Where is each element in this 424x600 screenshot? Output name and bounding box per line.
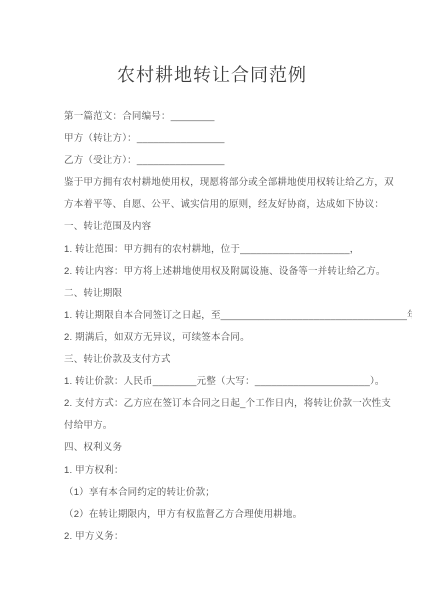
document-line-clause-3-2b: 付给甲方。 (64, 415, 412, 437)
document-line-clause-4-1: 1. 甲方权利： (64, 460, 412, 482)
document-line-clause-3-1: 1. 转让价款：人民币________元整（大写：_______________… (64, 371, 412, 393)
document-line-clause-1-1: 1. 转让范围：甲方拥有的农村耕地，位于____________________… (64, 239, 412, 261)
document-line-party-b: 乙方（受让方）：________________ (64, 150, 412, 172)
document-line-section-1-heading: 一、转让范围及内容 (64, 216, 412, 238)
contract-document-page: 农村耕地转让合同范例 第一篇范文：合同编号：________ 甲方（转让方）：_… (0, 0, 424, 600)
document-line-ref-number: 第一篇范文：合同编号：________ (64, 106, 412, 128)
document-line-section-3-heading: 三、转让价款及支付方式 (64, 349, 412, 371)
document-line-clause-4-2: 2. 甲方义务： (64, 526, 412, 548)
document-line-party-a: 甲方（转让方）：________________ (64, 128, 412, 150)
document-line-clause-1-2: 2. 转让内容：甲方将上述耕地使用权及附属设施、设备等一并转让给乙方。 (64, 261, 412, 283)
document-line-section-2-heading: 二、转让期限 (64, 283, 412, 305)
document-line-preamble-2: 方本着平等、自愿、公平、诚实信用的原则，经友好协商，达成如下协议： (64, 194, 412, 216)
document-line-section-4-heading: 四、权利义务 (64, 437, 412, 459)
document-line-clause-4-1-1: （1）享有本合同约定的转让价款； (64, 482, 412, 504)
document-line-preamble-1: 鉴于甲方拥有农村耕地使用权，现愿将部分或全部耕地使用权转让给乙方，双 (64, 172, 412, 194)
document-line-clause-2-2: 2. 期满后，如双方无异议，可续签本合同。 (64, 327, 412, 349)
document-line-clause-2-1: 1. 转让期限自本合同签订之日起，至______________________… (64, 305, 412, 327)
document-title: 农村耕地转让合同范例 (0, 0, 424, 86)
document-line-clause-4-1-2: （2）在转让期限内，甲方有权监督乙方合理使用耕地。 (64, 504, 412, 526)
document-body: 第一篇范文：合同编号：________ 甲方（转让方）：____________… (0, 106, 424, 548)
document-line-clause-3-2a: 2. 支付方式：乙方应在签订本合同之日起_个工作日内，将转让价款一次性支 (64, 393, 412, 415)
